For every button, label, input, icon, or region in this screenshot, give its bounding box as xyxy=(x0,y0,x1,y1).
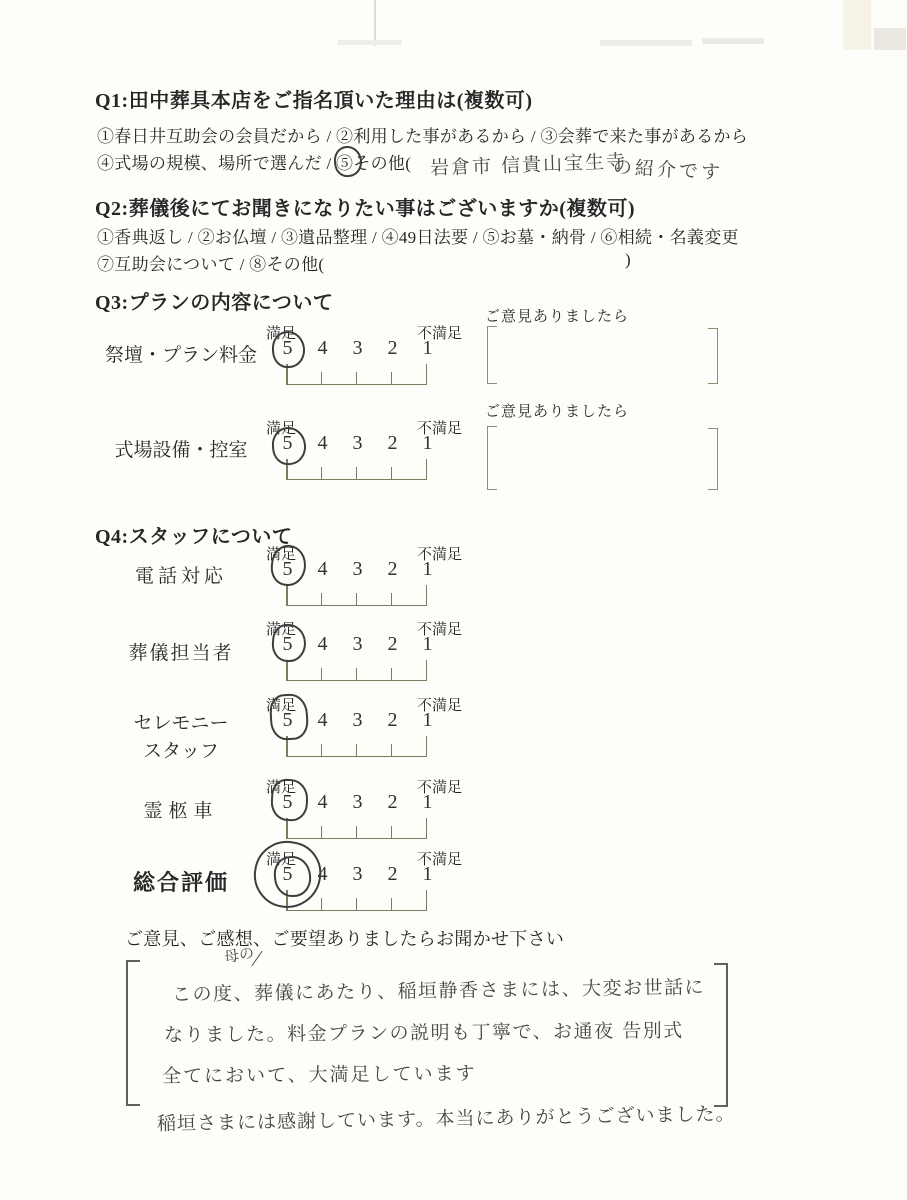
q2-options-line2: ⑦互助会について / ⑧その他( xyxy=(97,250,324,275)
comment-box-label: ご意見ありましたら xyxy=(485,305,629,326)
q1-options-line1: ①春日井互助会の会員だから / ②利用した事があるから / ③会葬で来た事がある… xyxy=(97,122,748,147)
rating-row-venue: 式場設備・控室 満足 不満足 54321 ご意見ありましたら xyxy=(0,417,907,487)
comments-bracket-right xyxy=(714,963,728,1107)
selected-rating-circle xyxy=(270,778,309,822)
q1-handwritten-answer-intro: の紹介です xyxy=(612,152,723,185)
rating-row-plan-price: 祭壇・プラン料金 満足 不満足 54321 ご意見ありましたら xyxy=(0,322,907,392)
rating-scale-line xyxy=(286,364,427,385)
rating-label: 電話対応 xyxy=(95,561,267,588)
rating-label: 式場設備・控室 xyxy=(95,435,267,462)
scan-artifact-band xyxy=(843,0,871,50)
comment-line-3: 全てにおいて、大満足しています xyxy=(162,1059,477,1089)
scan-artifact-line xyxy=(374,0,376,46)
rating-label: 葬儀担当者 xyxy=(95,638,267,665)
rating-scale: 満足 不満足 54321 xyxy=(270,694,480,764)
q1-heading: Q1:田中葬具本店をご指名頂いた理由は(複数可) xyxy=(95,84,533,113)
comment-bracket-right xyxy=(708,328,718,384)
rating-row-phone: 電話対応 満足 不満足 54321 xyxy=(0,543,907,613)
q2-options-line1: ①香典返し / ②お仏壇 / ③遺品整理 / ④49日法要 / ⑤お墓・納骨 /… xyxy=(97,223,739,248)
q1-options-line2: ④式場の規模、場所で選んだ / ⑤その他( xyxy=(97,149,411,174)
comment-line-2: なりました。料金プランの説明も丁寧で、お通夜 告別式 xyxy=(164,1016,684,1048)
scan-artifact-smudge xyxy=(600,40,692,46)
survey-scan-page: Q1:田中葬具本店をご指名頂いた理由は(複数可) ①春日井互助会の会員だから /… xyxy=(0,0,907,1200)
rating-row-hearse: 霊柩車 満足 不満足 54321 xyxy=(0,776,907,846)
comments-insertion-text: 母の xyxy=(222,942,255,968)
rating-row-ceremony-staff: セレモニー スタッフ 満足 不満足 54321 xyxy=(0,694,907,764)
selected-rating-circle xyxy=(271,623,308,663)
comment-box-label: ご意見ありましたら xyxy=(485,400,629,421)
q2-close-paren: ) xyxy=(625,250,631,270)
rating-scale: 満足 不満足 54321 xyxy=(270,618,480,688)
q3-heading: Q3:プランの内容について xyxy=(95,286,333,315)
selected-rating-circle xyxy=(269,693,309,741)
rating-scale-line xyxy=(286,459,427,480)
rating-scale-line xyxy=(286,660,427,681)
scan-artifact-smudge xyxy=(338,40,402,45)
rating-scale: 満足 不満足 54321 xyxy=(270,543,480,613)
rating-label: 総合評価 xyxy=(95,866,267,897)
comment-line-1: この度、葬儀にあたり、稲垣静香さまには、大変お世話に xyxy=(172,972,705,1006)
comment-bracket-right xyxy=(708,428,718,490)
rating-row-funeral-director: 葬儀担当者 満足 不満足 54321 xyxy=(0,618,907,688)
q1-handwritten-answer-place: 岩倉市 信貴山宝生寺 xyxy=(430,147,628,181)
rating-label-line2: スタッフ xyxy=(95,736,267,763)
comments-prompt: ご意見、ご感想、ご要望ありましたらお聞かせ下さい xyxy=(125,925,564,951)
comment-bracket-left xyxy=(487,326,497,384)
rating-label: セレモニー xyxy=(95,708,267,735)
rating-label: 祭壇・プラン料金 xyxy=(95,340,267,367)
rating-scale-line xyxy=(286,736,427,757)
q2-heading: Q2:葬儀後にてお聞きになりたい事はございますか(複数可) xyxy=(95,192,635,221)
scan-artifact-smudge xyxy=(874,28,906,50)
rating-scale-line xyxy=(286,585,427,606)
rating-row-overall: 総合評価 満足 不満足 54321 xyxy=(0,848,907,918)
rating-scale: 満足 不満足 54321 xyxy=(270,848,480,918)
rating-scale-line xyxy=(286,818,427,839)
comment-bracket-left xyxy=(487,426,497,490)
rating-scale: 満足 不満足 54321 xyxy=(270,322,480,392)
rating-label: 霊柩車 xyxy=(95,796,267,823)
rating-scale: 満足 不満足 54321 xyxy=(270,776,480,846)
rating-scale: 満足 不満足 54321 xyxy=(270,417,480,487)
scan-artifact-smudge xyxy=(702,38,764,44)
comments-bracket-left xyxy=(126,960,140,1106)
comment-line-4: 稲垣さまには感謝しています。本当にありがとうございました。 xyxy=(157,1099,736,1136)
